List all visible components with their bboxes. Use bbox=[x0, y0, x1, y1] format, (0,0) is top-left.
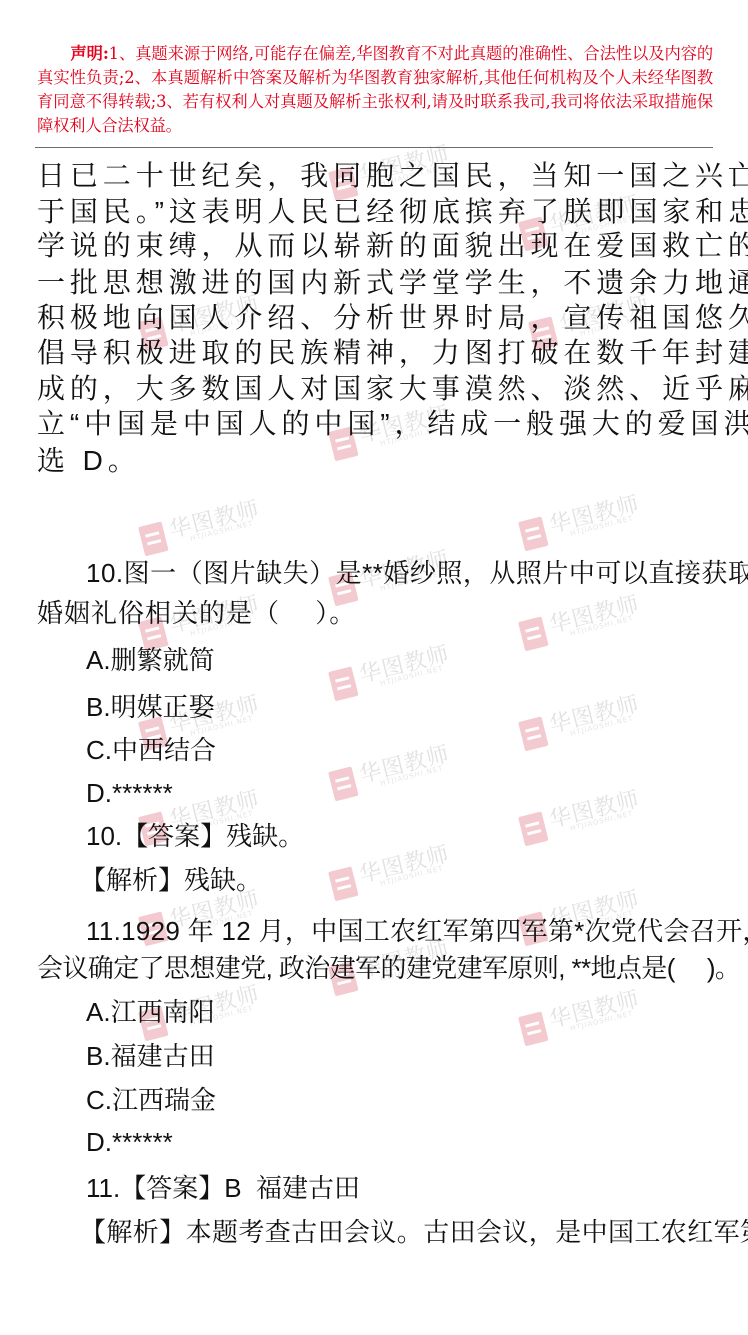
question-10-option-d: D.****** bbox=[86, 776, 173, 810]
question-11-stem: 11.1929 年 12 月，中国工农红军第四军第*次党代会召开， bbox=[86, 914, 748, 948]
question-10-option-c: C.中西结合 bbox=[86, 733, 216, 767]
question-10-option-a: A.删繁就简 bbox=[86, 643, 215, 677]
disclaimer: 声明:1、真题来源于网络,可能存在偏差,华图教育不对此真题的准确性、合法性以及内… bbox=[37, 42, 713, 138]
watermark-logo-icon bbox=[518, 616, 549, 651]
watermark: 华图教师 HTJIAOSHI.NET bbox=[517, 585, 654, 659]
question-10-analysis: 【解析】残缺。 bbox=[80, 863, 262, 897]
paragraph-line: 积极地向国人介绍、分析世界时局，宣传祖国悠久的历史、文化， bbox=[37, 301, 748, 335]
document-page: 华图教师 HTJIAOSHI.NET 华图教师 HTJIAOSHI.NET 华图… bbox=[0, 0, 748, 1335]
question-11-analysis: 【解析】本题考查古田会议。古田会议，是中国工农红军第 bbox=[80, 1215, 748, 1249]
divider bbox=[35, 147, 713, 148]
question-10-stem: 10.图一（图片缺失）是**婚纱照，从照片中可以直接获取与 bbox=[86, 556, 748, 590]
paragraph-line: 倡导积极进取的民族精神，力图打破在数千年封建专制桎梏下形 bbox=[37, 336, 748, 370]
question-11-option-a: A.江西南阳 bbox=[86, 995, 215, 1029]
watermark-logo-icon bbox=[138, 521, 169, 556]
watermark: 华图教师 HTJIAOSHI.NET bbox=[137, 490, 274, 564]
watermark: 华图教师 HTJIAOSHI.NET bbox=[517, 780, 654, 854]
watermark-logo-icon bbox=[518, 811, 549, 846]
paragraph-line: 立“中国是中国人的中国”，结成一般强大的爱国洪流。故本题 bbox=[37, 407, 748, 441]
paragraph-line: 成的，大多数国人对国家大事漠然、淡然、近乎麻木的状态，树 bbox=[37, 372, 748, 406]
question-11-answer: 11.【答案】B 福建古田 bbox=[86, 1171, 360, 1205]
watermark-logo-icon bbox=[328, 666, 359, 701]
question-11-stem-cont: 会议确定了思想建党, 政治建军的建党建军原则, **地点是( )。 bbox=[37, 951, 740, 985]
watermark: 华图教师 HTJIAOSHI.NET bbox=[517, 685, 654, 759]
question-10-stem-cont: 婚姻礼俗相关的是（ ）。 bbox=[37, 596, 356, 630]
watermark-logo-icon bbox=[328, 866, 359, 901]
watermark: 华图教师 HTJIAOSHI.NET bbox=[327, 835, 464, 909]
watermark-logo-icon bbox=[518, 716, 549, 751]
watermark: 华图教师 HTJIAOSHI.NET bbox=[327, 735, 464, 809]
watermark-logo-icon bbox=[518, 516, 549, 551]
watermark-logo-icon bbox=[328, 766, 359, 801]
disclaimer-label: 声明: bbox=[70, 44, 108, 63]
watermark: 华图教师 HTJIAOSHI.NET bbox=[517, 485, 654, 559]
question-11-option-c: C.江西瑞金 bbox=[86, 1083, 216, 1117]
paragraph-line: 日已二十世纪矣，我同胞之国民，当知一国之兴亡，其责任专在 bbox=[37, 159, 748, 193]
question-10-answer: 10.【答案】残缺。 bbox=[86, 819, 304, 853]
paragraph-line: 一批思想激进的国内新式学堂学生，不遗余力地通过各种方式， bbox=[37, 266, 748, 300]
watermark: 华图教师 HTJIAOSHI.NET bbox=[327, 635, 464, 709]
paragraph-line: 选 D。 bbox=[37, 444, 141, 478]
question-11-option-b: B.福建古田 bbox=[86, 1039, 215, 1073]
watermark: 华图教师 HTJIAOSHI.NET bbox=[517, 980, 654, 1054]
question-11-option-d: D.****** bbox=[86, 1125, 173, 1159]
paragraph-line: 学说的束缚，从而以崭新的面貌出现在爱国救亡的斗争行列中。 bbox=[37, 229, 748, 263]
disclaimer-text: 1、真题来源于网络,可能存在偏差,华图教育不对此真题的准确性、合法性以及内容的真… bbox=[37, 44, 713, 135]
paragraph-line: 于国民。”这表明人民已经彻底摈弃了朕即国家和忠君之类陈腐 bbox=[37, 195, 748, 229]
question-10-option-b: B.明媒正娶 bbox=[86, 690, 215, 724]
watermark-logo-icon bbox=[518, 1011, 549, 1046]
